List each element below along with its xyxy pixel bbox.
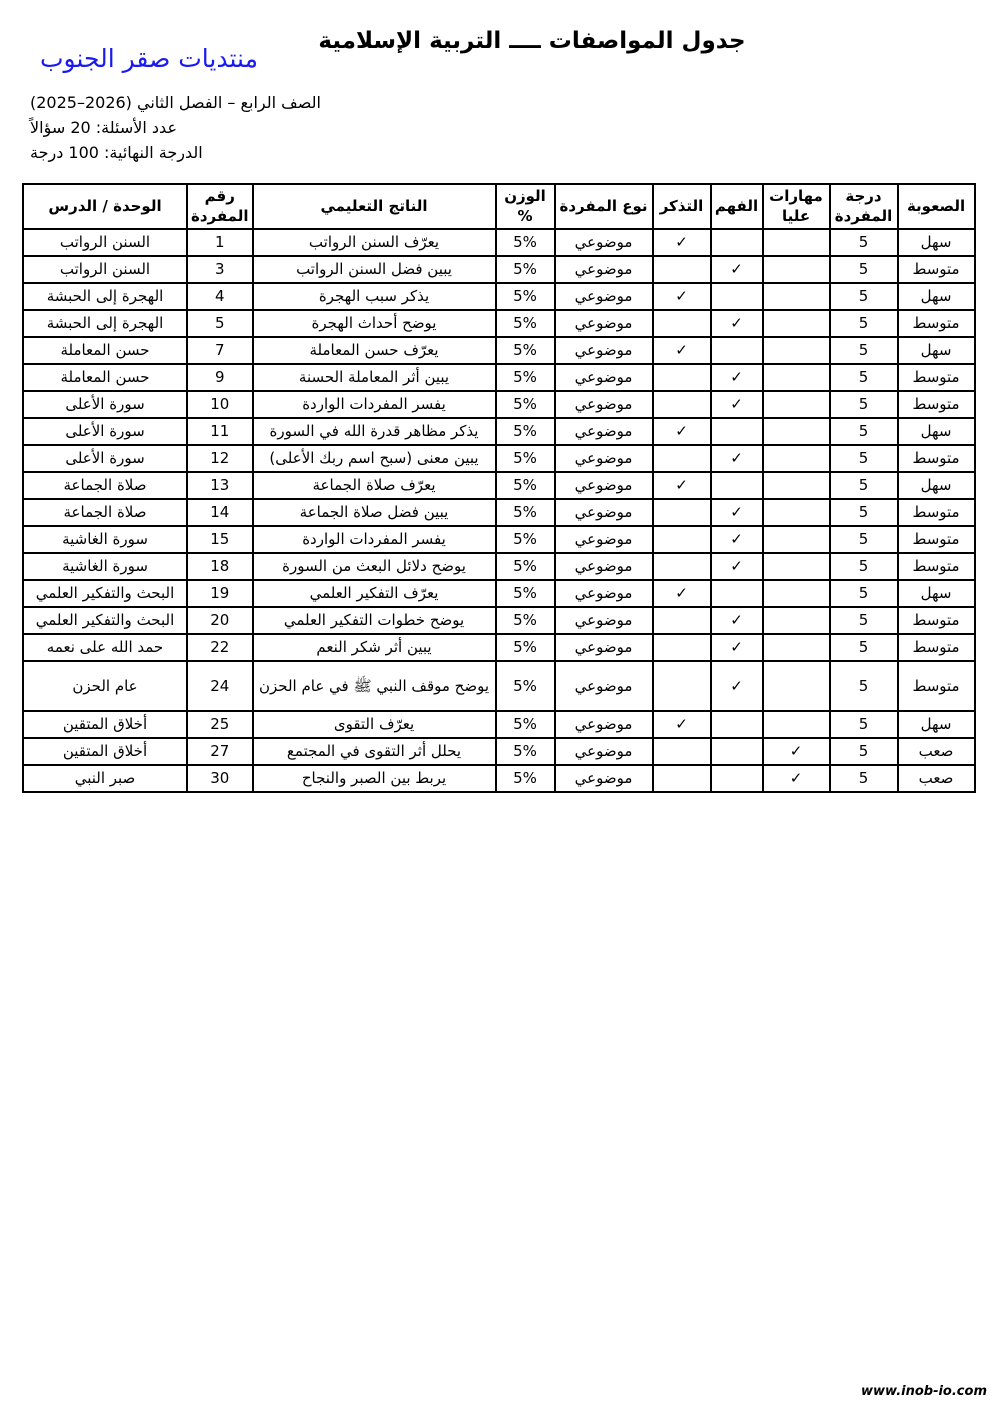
column-header: الفهم [711, 184, 763, 229]
weight-cell: 5% [496, 418, 555, 445]
item-number-cell: 18 [187, 553, 253, 580]
recall-check-cell [653, 661, 711, 711]
unit-cell: أخلاق المتقين [23, 711, 187, 738]
recall-check-cell [653, 526, 711, 553]
recall-check-cell [653, 310, 711, 337]
item-number-cell: 20 [187, 607, 253, 634]
page: { "header": { "title": "جدول المواصفات ـ… [0, 0, 993, 1404]
unit-cell: حسن المعاملة [23, 364, 187, 391]
column-header: مهارات عليا [763, 184, 830, 229]
outcome-cell: يوضح موقف النبي ﷺ في عام الحزن [253, 661, 496, 711]
comprehension-check-cell [711, 283, 763, 310]
table-row: سورة الغاشية15يفسر المفردات الواردة5%موض… [23, 526, 975, 553]
difficulty-cell: صعب [898, 765, 975, 792]
questions-count-line: عدد الأسئلة: 20 سؤالاً [30, 115, 321, 140]
comprehension-check-cell [711, 765, 763, 792]
outcome-cell: يعرّف التقوى [253, 711, 496, 738]
watermark-text: www.inob-io.com [861, 1384, 987, 1399]
comprehension-check-cell: ✓ [711, 445, 763, 472]
item-number-cell: 14 [187, 499, 253, 526]
comprehension-check-cell [711, 472, 763, 499]
unit-cell: سورة الأعلى [23, 418, 187, 445]
recall-check-cell: ✓ [653, 472, 711, 499]
outcome-cell: يبين أثر شكر النعم [253, 634, 496, 661]
table-row: حمد الله على نعمه22يبين أثر شكر النعم5%م… [23, 634, 975, 661]
higher-skills-check-cell [763, 283, 830, 310]
item-number-cell: 25 [187, 711, 253, 738]
comprehension-check-cell [711, 738, 763, 765]
score-cell: 5 [830, 580, 898, 607]
unit-cell: السنن الرواتب [23, 256, 187, 283]
difficulty-cell: سهل [898, 418, 975, 445]
type-cell: موضوعي [555, 256, 653, 283]
outcome-cell: يبين معنى (سبح اسم ربك الأعلى) [253, 445, 496, 472]
type-cell: موضوعي [555, 580, 653, 607]
table-row: سورة الأعلى10يفسر المفردات الواردة5%موضو… [23, 391, 975, 418]
outcome-cell: يعرّف حسن المعاملة [253, 337, 496, 364]
column-header: درجة المفردة [830, 184, 898, 229]
difficulty-cell: صعب [898, 738, 975, 765]
unit-cell: البحث والتفكير العلمي [23, 607, 187, 634]
weight-cell: 5% [496, 738, 555, 765]
type-cell: موضوعي [555, 634, 653, 661]
recall-check-cell [653, 634, 711, 661]
recall-check-cell: ✓ [653, 229, 711, 256]
type-cell: موضوعي [555, 337, 653, 364]
score-cell: 5 [830, 607, 898, 634]
recall-check-cell [653, 765, 711, 792]
higher-skills-check-cell [763, 337, 830, 364]
recall-check-cell [653, 445, 711, 472]
unit-cell: حسن المعاملة [23, 337, 187, 364]
item-number-cell: 12 [187, 445, 253, 472]
class-info-text: الصف الرابع – الفصل الثاني [137, 93, 321, 112]
table-row: السنن الرواتب1يعرّف السنن الرواتب5%موضوع… [23, 229, 975, 256]
exam-meta-block: الصف الرابع – الفصل الثاني (2025–2026) ع… [30, 90, 321, 165]
outcome-cell: يفسر المفردات الواردة [253, 391, 496, 418]
spec-table-body: السنن الرواتب1يعرّف السنن الرواتب5%موضوع… [23, 229, 975, 792]
recall-check-cell: ✓ [653, 283, 711, 310]
weight-cell: 5% [496, 553, 555, 580]
weight-cell: 5% [496, 526, 555, 553]
table-row: سورة الأعلى12يبين معنى (سبح اسم ربك الأع… [23, 445, 975, 472]
column-header: رقم المفردة [187, 184, 253, 229]
table-row: سورة الأعلى11يذكر مظاهر قدرة الله في الس… [23, 418, 975, 445]
type-cell: موضوعي [555, 738, 653, 765]
weight-cell: 5% [496, 765, 555, 792]
class-info-line: الصف الرابع – الفصل الثاني (2025–2026) [30, 90, 321, 115]
final-grade-line: الدرجة النهائية: 100 درجة [30, 140, 321, 165]
type-cell: موضوعي [555, 391, 653, 418]
page-title: جدول المواصفات ــــ التربية الإسلامية [318, 28, 745, 54]
score-cell: 5 [830, 634, 898, 661]
item-number-cell: 1 [187, 229, 253, 256]
type-cell: موضوعي [555, 765, 653, 792]
unit-cell: حمد الله على نعمه [23, 634, 187, 661]
unit-cell: أخلاق المتقين [23, 738, 187, 765]
comprehension-check-cell: ✓ [711, 553, 763, 580]
type-cell: موضوعي [555, 711, 653, 738]
higher-skills-check-cell [763, 229, 830, 256]
score-cell: 5 [830, 553, 898, 580]
type-cell: موضوعي [555, 661, 653, 711]
table-row: حسن المعاملة9يبين أثر المعاملة الحسنة5%م… [23, 364, 975, 391]
comprehension-check-cell: ✓ [711, 607, 763, 634]
outcome-cell: يبين أثر المعاملة الحسنة [253, 364, 496, 391]
item-number-cell: 27 [187, 738, 253, 765]
comprehension-check-cell [711, 229, 763, 256]
score-cell: 5 [830, 661, 898, 711]
outcome-cell: يربط بين الصبر والنجاح [253, 765, 496, 792]
outcome-cell: يفسر المفردات الواردة [253, 526, 496, 553]
comprehension-check-cell: ✓ [711, 526, 763, 553]
weight-cell: 5% [496, 256, 555, 283]
higher-skills-check-cell [763, 310, 830, 337]
type-cell: موضوعي [555, 283, 653, 310]
comprehension-check-cell [711, 711, 763, 738]
table-header-row: الوحدة / الدرسرقم المفردةالناتج التعليمي… [23, 184, 975, 229]
weight-cell: 5% [496, 499, 555, 526]
comprehension-check-cell [711, 337, 763, 364]
difficulty-cell: سهل [898, 711, 975, 738]
outcome-cell: يحلل أثر التقوى في المجتمع [253, 738, 496, 765]
type-cell: موضوعي [555, 445, 653, 472]
unit-cell: الهجرة إلى الحبشة [23, 310, 187, 337]
difficulty-cell: متوسط [898, 526, 975, 553]
outcome-cell: يعرّف السنن الرواتب [253, 229, 496, 256]
score-cell: 5 [830, 711, 898, 738]
score-cell: 5 [830, 418, 898, 445]
higher-skills-check-cell [763, 391, 830, 418]
difficulty-cell: متوسط [898, 445, 975, 472]
comprehension-check-cell: ✓ [711, 661, 763, 711]
comprehension-check-cell: ✓ [711, 364, 763, 391]
table-row: البحث والتفكير العلمي20يوضح خطوات التفكي… [23, 607, 975, 634]
difficulty-cell: سهل [898, 472, 975, 499]
weight-cell: 5% [496, 634, 555, 661]
weight-cell: 5% [496, 445, 555, 472]
item-number-cell: 19 [187, 580, 253, 607]
table-row: الهجرة إلى الحبشة4يذكر سبب الهجرة5%موضوع… [23, 283, 975, 310]
table-row: صلاة الجماعة13يعرّف صلاة الجماعة5%موضوعي… [23, 472, 975, 499]
unit-cell: سورة الغاشية [23, 553, 187, 580]
score-cell: 5 [830, 256, 898, 283]
difficulty-cell: متوسط [898, 256, 975, 283]
unit-cell: سورة الأعلى [23, 391, 187, 418]
higher-skills-check-cell [763, 553, 830, 580]
weight-cell: 5% [496, 580, 555, 607]
higher-skills-check-cell [763, 499, 830, 526]
unit-cell: صلاة الجماعة [23, 472, 187, 499]
unit-cell: السنن الرواتب [23, 229, 187, 256]
comprehension-check-cell [711, 580, 763, 607]
difficulty-cell: سهل [898, 229, 975, 256]
type-cell: موضوعي [555, 229, 653, 256]
weight-cell: 5% [496, 391, 555, 418]
item-number-cell: 10 [187, 391, 253, 418]
recall-check-cell [653, 499, 711, 526]
score-cell: 5 [830, 364, 898, 391]
difficulty-cell: سهل [898, 580, 975, 607]
item-number-cell: 7 [187, 337, 253, 364]
unit-cell: سورة الأعلى [23, 445, 187, 472]
recall-check-cell: ✓ [653, 580, 711, 607]
difficulty-cell: متوسط [898, 553, 975, 580]
score-cell: 5 [830, 499, 898, 526]
score-cell: 5 [830, 765, 898, 792]
weight-cell: 5% [496, 283, 555, 310]
difficulty-cell: متوسط [898, 634, 975, 661]
score-cell: 5 [830, 283, 898, 310]
comprehension-check-cell [711, 418, 763, 445]
outcome-cell: يبين فضل صلاة الجماعة [253, 499, 496, 526]
recall-check-cell [653, 256, 711, 283]
recall-check-cell [653, 607, 711, 634]
type-cell: موضوعي [555, 310, 653, 337]
higher-skills-check-cell [763, 256, 830, 283]
column-header: الصعوبة [898, 184, 975, 229]
table-row: حسن المعاملة7يعرّف حسن المعاملة5%موضوعي✓… [23, 337, 975, 364]
column-header: الوحدة / الدرس [23, 184, 187, 229]
recall-check-cell [653, 391, 711, 418]
column-header: الوزن % [496, 184, 555, 229]
weight-cell: 5% [496, 310, 555, 337]
item-number-cell: 4 [187, 283, 253, 310]
difficulty-cell: متوسط [898, 499, 975, 526]
score-cell: 5 [830, 310, 898, 337]
type-cell: موضوعي [555, 607, 653, 634]
type-cell: موضوعي [555, 553, 653, 580]
weight-cell: 5% [496, 364, 555, 391]
higher-skills-check-cell [763, 364, 830, 391]
weight-cell: 5% [496, 607, 555, 634]
type-cell: موضوعي [555, 364, 653, 391]
column-header: الناتج التعليمي [253, 184, 496, 229]
higher-skills-check-cell [763, 445, 830, 472]
recall-check-cell: ✓ [653, 711, 711, 738]
score-cell: 5 [830, 229, 898, 256]
score-cell: 5 [830, 472, 898, 499]
unit-cell: سورة الغاشية [23, 526, 187, 553]
unit-cell: البحث والتفكير العلمي [23, 580, 187, 607]
outcome-cell: يعرّف التفكير العلمي [253, 580, 496, 607]
higher-skills-check-cell [763, 634, 830, 661]
difficulty-cell: سهل [898, 337, 975, 364]
comprehension-check-cell: ✓ [711, 256, 763, 283]
type-cell: موضوعي [555, 499, 653, 526]
class-year-text: (2025–2026) [30, 93, 132, 112]
score-cell: 5 [830, 391, 898, 418]
table-row: أخلاق المتقين25يعرّف التقوى5%موضوعي✓5سهل [23, 711, 975, 738]
comprehension-check-cell: ✓ [711, 499, 763, 526]
table-row: صلاة الجماعة14يبين فضل صلاة الجماعة5%موض… [23, 499, 975, 526]
table-row: البحث والتفكير العلمي19يعرّف التفكير الع… [23, 580, 975, 607]
recall-check-cell [653, 364, 711, 391]
higher-skills-check-cell [763, 418, 830, 445]
weight-cell: 5% [496, 337, 555, 364]
column-header: نوع المفردة [555, 184, 653, 229]
forum-name: منتديات صقر الجنوب [40, 44, 258, 73]
score-cell: 5 [830, 526, 898, 553]
unit-cell: الهجرة إلى الحبشة [23, 283, 187, 310]
higher-skills-check-cell [763, 526, 830, 553]
outcome-cell: يوضح أحداث الهجرة [253, 310, 496, 337]
table-row: صبر النبي30يربط بين الصبر والنجاح5%موضوع… [23, 765, 975, 792]
unit-cell: عام الحزن [23, 661, 187, 711]
item-number-cell: 13 [187, 472, 253, 499]
outcome-cell: يوضح خطوات التفكير العلمي [253, 607, 496, 634]
type-cell: موضوعي [555, 526, 653, 553]
comprehension-check-cell: ✓ [711, 634, 763, 661]
higher-skills-check-cell: ✓ [763, 738, 830, 765]
weight-cell: 5% [496, 711, 555, 738]
item-number-cell: 11 [187, 418, 253, 445]
higher-skills-check-cell: ✓ [763, 765, 830, 792]
comprehension-check-cell: ✓ [711, 391, 763, 418]
outcome-cell: يعرّف صلاة الجماعة [253, 472, 496, 499]
recall-check-cell [653, 553, 711, 580]
specifications-table: الوحدة / الدرسرقم المفردةالناتج التعليمي… [22, 183, 976, 793]
item-number-cell: 24 [187, 661, 253, 711]
unit-cell: صبر النبي [23, 765, 187, 792]
score-cell: 5 [830, 337, 898, 364]
table-row: عام الحزن24يوضح موقف النبي ﷺ في عام الحز… [23, 661, 975, 711]
score-cell: 5 [830, 445, 898, 472]
difficulty-cell: متوسط [898, 391, 975, 418]
higher-skills-check-cell [763, 580, 830, 607]
recall-check-cell: ✓ [653, 418, 711, 445]
item-number-cell: 5 [187, 310, 253, 337]
outcome-cell: يذكر مظاهر قدرة الله في السورة [253, 418, 496, 445]
item-number-cell: 9 [187, 364, 253, 391]
unit-cell: صلاة الجماعة [23, 499, 187, 526]
weight-cell: 5% [496, 661, 555, 711]
item-number-cell: 3 [187, 256, 253, 283]
difficulty-cell: متوسط [898, 310, 975, 337]
weight-cell: 5% [496, 472, 555, 499]
score-cell: 5 [830, 738, 898, 765]
type-cell: موضوعي [555, 418, 653, 445]
higher-skills-check-cell [763, 607, 830, 634]
recall-check-cell [653, 738, 711, 765]
table-row: أخلاق المتقين27يحلل أثر التقوى في المجتم… [23, 738, 975, 765]
item-number-cell: 30 [187, 765, 253, 792]
difficulty-cell: متوسط [898, 607, 975, 634]
outcome-cell: يذكر سبب الهجرة [253, 283, 496, 310]
item-number-cell: 22 [187, 634, 253, 661]
difficulty-cell: متوسط [898, 661, 975, 711]
higher-skills-check-cell [763, 472, 830, 499]
higher-skills-check-cell [763, 711, 830, 738]
difficulty-cell: متوسط [898, 364, 975, 391]
higher-skills-check-cell [763, 661, 830, 711]
table-row: الهجرة إلى الحبشة5يوضح أحداث الهجرة5%موض… [23, 310, 975, 337]
difficulty-cell: سهل [898, 283, 975, 310]
weight-cell: 5% [496, 229, 555, 256]
type-cell: موضوعي [555, 472, 653, 499]
table-row: سورة الغاشية18يوضح دلائل البعث من السورة… [23, 553, 975, 580]
comprehension-check-cell: ✓ [711, 310, 763, 337]
outcome-cell: يبين فضل السنن الرواتب [253, 256, 496, 283]
table-row: السنن الرواتب3يبين فضل السنن الرواتب5%مو… [23, 256, 975, 283]
column-header: التذكر [653, 184, 711, 229]
recall-check-cell: ✓ [653, 337, 711, 364]
outcome-cell: يوضح دلائل البعث من السورة [253, 553, 496, 580]
item-number-cell: 15 [187, 526, 253, 553]
